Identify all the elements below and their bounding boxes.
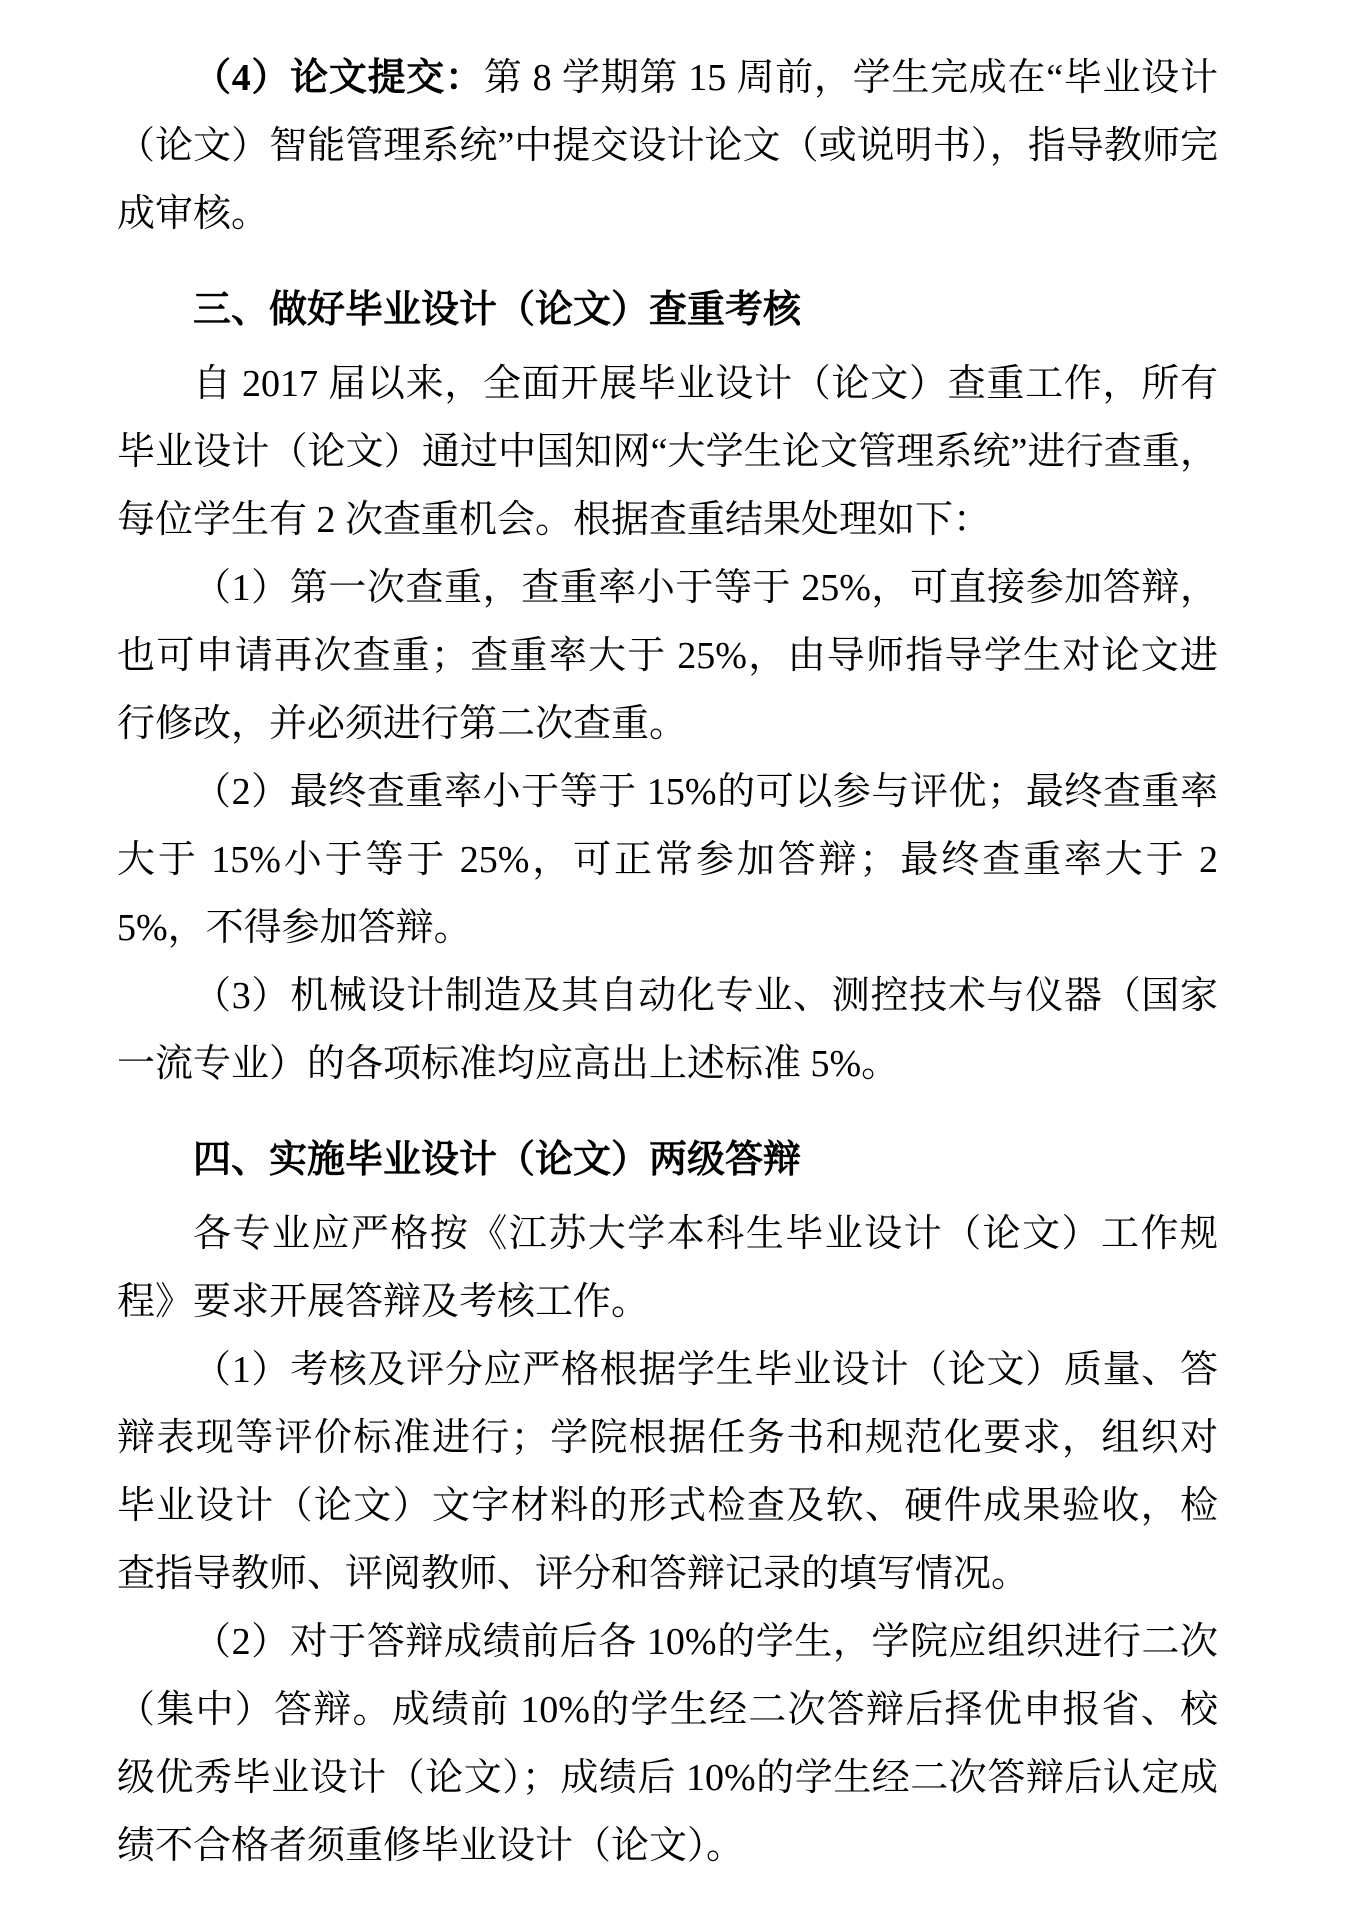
heading-section-four-two-level-defense: 四、实施毕业设计（论文）两级答辩 <box>117 1126 1218 1194</box>
para-final-duplicate-rate-rule: （2）最终查重率小于等于 15%的可以参与评优；最终查重率大于 15%小于等于 … <box>117 758 1218 962</box>
para-defense-regulation: 各专业应严格按《江苏大学本科生毕业设计（论文）工作规程》要求开展答辩及考核工作。 <box>117 1200 1218 1336</box>
heading-section-three-duplicate-check: 三、做好毕业设计（论文）查重考核 <box>117 276 1218 344</box>
para-thesis-submission-lead: （4）论文提交： <box>193 57 484 99</box>
para-second-defense-top-bottom-10-percent: （2）对于答辩成绩前后各 10%的学生，学院应组织进行二次（集中）答辩。成绩前 … <box>117 1608 1218 1880</box>
para-national-major-higher-standard: （3）机械设计制造及其自动化专业、测控技术与仪器（国家一流专业）的各项标准均应高… <box>117 962 1218 1098</box>
para-thesis-submission: （4）论文提交：第 8 学期第 15 周前，学生完成在“毕业设计（论文）智能管理… <box>117 44 1218 248</box>
document-page: （4）论文提交：第 8 学期第 15 周前，学生完成在“毕业设计（论文）智能管理… <box>0 0 1358 1919</box>
para-first-duplicate-check-rule: （1）第一次查重，查重率小于等于 25%，可直接参加答辩，也可申请再次查重；查重… <box>117 554 1218 758</box>
para-assessment-and-scoring: （1）考核及评分应严格根据学生毕业设计（论文）质量、答辩表现等评价标准进行；学院… <box>117 1336 1218 1608</box>
para-duplicate-check-since-2017: 自 2017 届以来，全面开展毕业设计（论文）查重工作，所有毕业设计（论文）通过… <box>117 350 1218 554</box>
